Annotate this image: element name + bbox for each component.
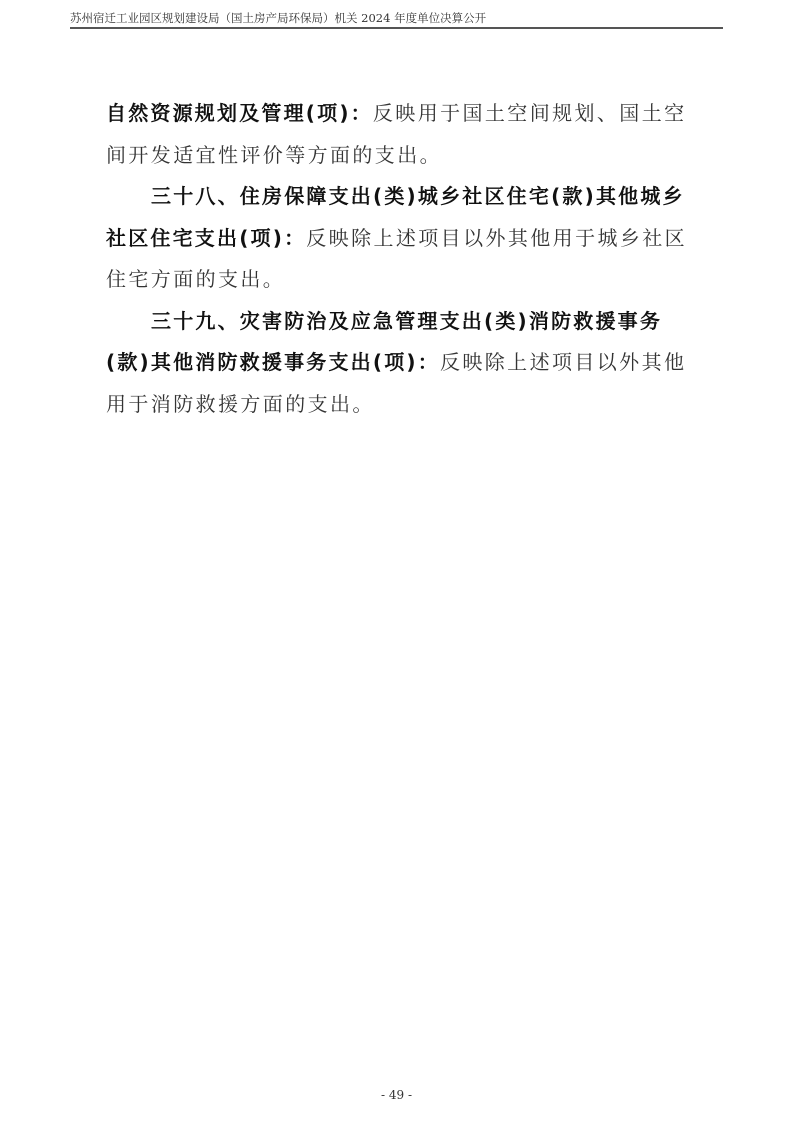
paragraph-38-housing: 三十八、住房保障支出(类)城乡社区住宅(款)其他城乡社区住宅支出(项)：反映除上… bbox=[106, 176, 696, 301]
page-number: - 49 - bbox=[0, 1088, 793, 1102]
page-header: 苏州宿迁工业园区规划建设局（国土房产局环保局）机关 2024 年度单位决算公开 bbox=[70, 10, 723, 26]
header-divider bbox=[70, 27, 723, 29]
paragraph-natural-resources-planning: 自然资源规划及管理(项)：反映用于国土空间规划、国土空间开发适宜性评价等方面的支… bbox=[106, 93, 696, 176]
paragraph-39-fire-rescue: 三十九、灾害防治及应急管理支出(类)消防救援事务(款)其他消防救援事务支出(项)… bbox=[106, 301, 696, 426]
document-body: 自然资源规划及管理(项)：反映用于国土空间规划、国土空间开发适宜性评价等方面的支… bbox=[106, 93, 696, 425]
item-heading: 自然资源规划及管理(项)： bbox=[106, 101, 373, 125]
